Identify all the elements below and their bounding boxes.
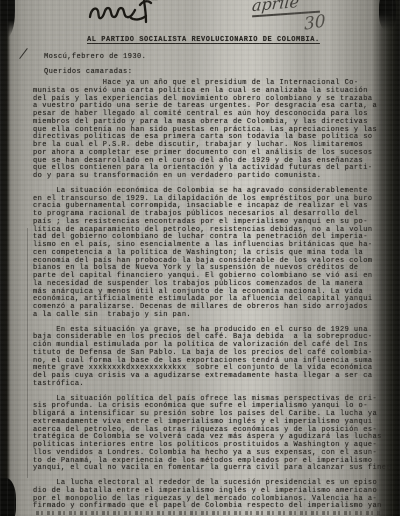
handwritten-scribble: [86, 0, 186, 27]
paragraph-coffee-prices: En esta situación ya grave, se ha produc…: [33, 327, 393, 389]
letter-body: Hace ya un año que el presidium de la In…: [33, 80, 393, 516]
document-title: AL PARTIDO SOCIALISTA REVOLUCIONARIO DE …: [87, 36, 320, 44]
paragraph-economic-situation: La situación económica de Colombia se ha…: [33, 188, 393, 320]
scan-edge-top-right: [379, 0, 396, 30]
paper-fold-line: [27, 228, 28, 478]
scan-blot-bottom-left: [0, 478, 16, 516]
scan-edge-top-left: [0, 0, 15, 38]
handwritten-number-30: 30: [304, 11, 326, 34]
paragraph-political-situation: La situación política del país ofrece la…: [33, 396, 393, 474]
paragraph-introduction: Hace ya un año que el presidium de la In…: [33, 80, 393, 181]
scanned-document-page: aprile 30 / AL PARTIDO SOCIALISTA REVOLU…: [0, 0, 400, 516]
paragraph-electoral-struggle: La lucha electoral al rededor de la suce…: [33, 480, 393, 511]
margin-tick-mark: /: [20, 46, 27, 63]
clipped-text-line: [36, 511, 386, 515]
salutation: Queridos camaradas:: [44, 68, 132, 76]
date-line: Moscú,febrero de 1930.: [44, 53, 146, 61]
